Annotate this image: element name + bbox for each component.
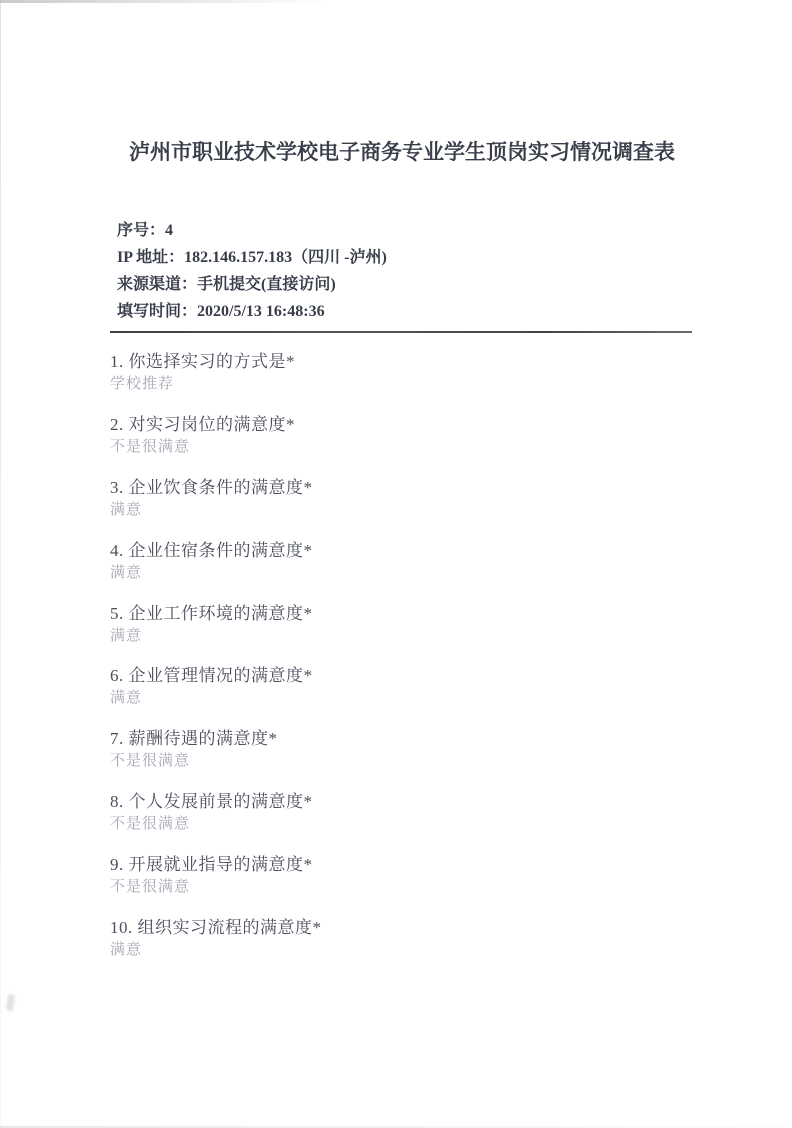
answer-text: 不是很满意 [110,751,710,771]
question-block-9: 9. 开展就业指导的满意度* 不是很满意 [110,853,710,916]
scanned-survey-document: 泸州市职业技术学校电子商务专业学生顶岗实习情况调查表 序号：4 IP 地址：18… [0,0,792,1128]
meta-time-value: 2020/5/13 16:48:36 [197,303,325,320]
answer-text: 满意 [110,688,710,708]
meta-ip-address: IP 地址：182.146.157.183（四川 -泸州) [117,244,387,271]
question-text: 10. 组织实习流程的满意度* [110,916,710,939]
question-block-3: 3. 企业饮食条件的满意度* 满意 [110,476,710,539]
question-text: 4. 企业住宿条件的满意度* [110,539,710,562]
meta-source-channel: 来源渠道：手机提交(直接访问) [117,271,387,298]
question-block-2: 2. 对实习岗位的满意度* 不是很满意 [110,413,710,476]
question-text: 6. 企业管理情况的满意度* [110,664,710,687]
meta-serial-value: 4 [165,222,173,239]
question-text: 1. 你选择实习的方式是* [110,350,710,373]
answer-text: 满意 [110,940,710,960]
question-text: 7. 薪酬待遇的满意度* [110,727,710,750]
question-text: 5. 企业工作环境的满意度* [110,602,710,625]
answer-text: 满意 [110,626,710,646]
section-divider [110,331,692,333]
question-block-4: 4. 企业住宿条件的满意度* 满意 [110,539,710,602]
meta-time-label: 填写时间： [117,303,197,320]
meta-source-label: 来源渠道： [117,276,197,293]
question-list: 1. 你选择实习的方式是* 学校推荐 2. 对实习岗位的满意度* 不是很满意 3… [110,350,710,979]
metadata-block: 序号：4 IP 地址：182.146.157.183（四川 -泸州) 来源渠道：… [117,217,387,325]
answer-text: 学校推荐 [110,374,710,394]
answer-text: 不是很满意 [110,877,710,897]
meta-serial-label: 序号： [117,222,165,239]
meta-fill-time: 填写时间：2020/5/13 16:48:36 [117,298,387,325]
scan-edge-artifact-left [0,0,1,1128]
scan-smudge-artifact [6,994,15,1012]
question-text: 2. 对实习岗位的满意度* [110,413,710,436]
document-title: 泸州市职业技术学校电子商务专业学生顶岗实习情况调查表 [12,140,792,165]
meta-ip-label: IP 地址： [117,249,184,266]
question-block-5: 5. 企业工作环境的满意度* 满意 [110,602,710,665]
meta-serial-number: 序号：4 [117,217,387,244]
answer-text: 不是很满意 [110,814,710,834]
meta-source-value: 手机提交(直接访问) [197,276,336,293]
question-block-6: 6. 企业管理情况的满意度* 满意 [110,664,710,727]
answer-text: 不是很满意 [110,437,710,457]
question-block-1: 1. 你选择实习的方式是* 学校推荐 [110,350,710,413]
question-block-7: 7. 薪酬待遇的满意度* 不是很满意 [110,727,710,790]
scan-edge-artifact-top [0,0,330,3]
question-block-8: 8. 个人发展前景的满意度* 不是很满意 [110,790,710,853]
answer-text: 满意 [110,563,710,583]
question-text: 9. 开展就业指导的满意度* [110,853,710,876]
question-text: 8. 个人发展前景的满意度* [110,790,710,813]
question-block-10: 10. 组织实习流程的满意度* 满意 [110,916,710,979]
question-text: 3. 企业饮食条件的满意度* [110,476,710,499]
answer-text: 满意 [110,500,710,520]
meta-ip-value: 182.146.157.183（四川 -泸州) [184,249,387,266]
